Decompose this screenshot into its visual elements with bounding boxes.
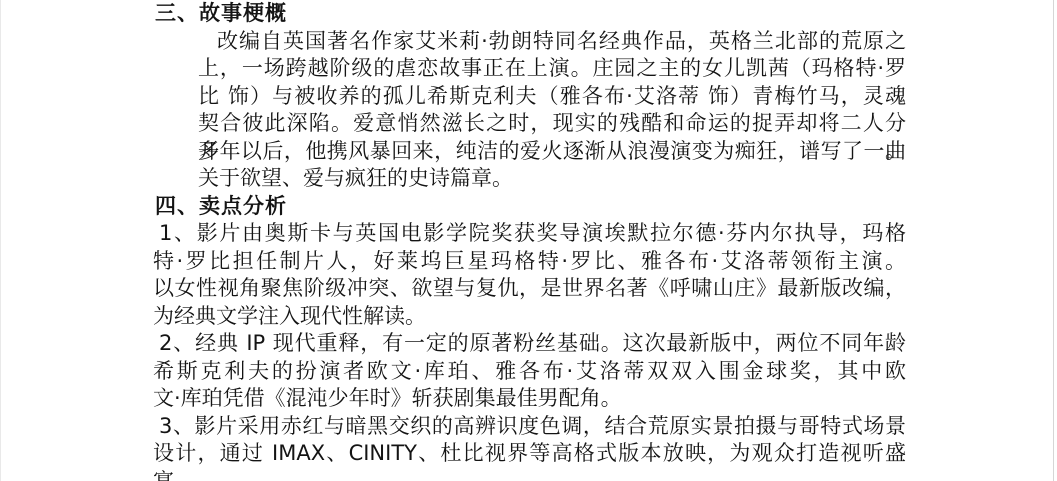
selling-point-1-line: 以女性视角聚焦阶级冲突、欲望与复仇，是世界名著《呼啸山庄》最新版改编， bbox=[153, 275, 906, 303]
story-paragraph-line: 比 饰）与被收养的孤儿希斯克利夫（雅各布·艾洛蒂 饰）青梅竹马，灵魂 bbox=[198, 83, 906, 111]
story-paragraph-line: 关于欲望、爱与疯狂的史诗篇章。 bbox=[198, 165, 906, 193]
section-heading-selling-points: 四、卖点分析 bbox=[155, 193, 906, 221]
story-paragraph-line: 多年以后，他携风暴回来，纯洁的爱火逐渐从浪漫演变为痴狂，谱写了一曲 bbox=[198, 138, 906, 166]
selling-point-2-line: 2、经典 IP 现代重释，有一定的原著粉丝基础。这次最新版中，两位不同年龄 bbox=[153, 330, 906, 358]
page-left-edge bbox=[0, 0, 1, 481]
story-paragraph-line: 上，一场跨越阶级的虐恋故事正在上演。庄园之主的女儿凯茜（玛格特·罗 bbox=[198, 55, 906, 83]
story-paragraph-line: 契合彼此深陷。爱意悄然滋长之时，现实的残酷和命运的捉弄却将二人分开。 bbox=[198, 110, 906, 138]
page-right-edge bbox=[1053, 0, 1054, 481]
story-paragraph-line: 改编自英国著名作家艾米莉·勃朗特同名经典作品，英格兰北部的荒原之 bbox=[198, 28, 906, 56]
section-heading-story: 三、故事梗概 bbox=[155, 0, 906, 28]
selling-point-1-line: 特·罗比担任制片人，好莱坞巨星玛格特·罗比、雅各布·艾洛蒂领衔主演。 bbox=[153, 248, 906, 276]
selling-point-3-line: 3、影片采用赤红与暗黑交织的高辨识度色调，结合荒原实景拍摄与哥特式场景 bbox=[153, 413, 906, 441]
selling-point-2-line: 希斯克利夫的扮演者欧文·库珀、雅各布·艾洛蒂双双入围金球奖，其中欧 bbox=[153, 358, 906, 386]
selling-point-1-line: 为经典文学注入现代性解读。 bbox=[153, 303, 906, 331]
selling-point-2-line: 文·库珀凭借《混沌少年时》斩获剧集最佳男配角。 bbox=[153, 385, 906, 413]
selling-point-3-line: 设计，通过 IMAX、CINITY、杜比视界等高格式版本放映，为观众打造视听盛宴… bbox=[153, 440, 906, 468]
selling-point-1-line: 1、影片由奥斯卡与英国电影学院奖获奖导演埃默拉尔德·芬内尔执导，玛格 bbox=[153, 220, 906, 248]
document-page[interactable]: 三、故事梗概 改编自英国著名作家艾米莉·勃朗特同名经典作品，英格兰北部的荒原之 … bbox=[0, 0, 1057, 481]
document-text-block: 三、故事梗概 改编自英国著名作家艾米莉·勃朗特同名经典作品，英格兰北部的荒原之 … bbox=[153, 0, 906, 468]
